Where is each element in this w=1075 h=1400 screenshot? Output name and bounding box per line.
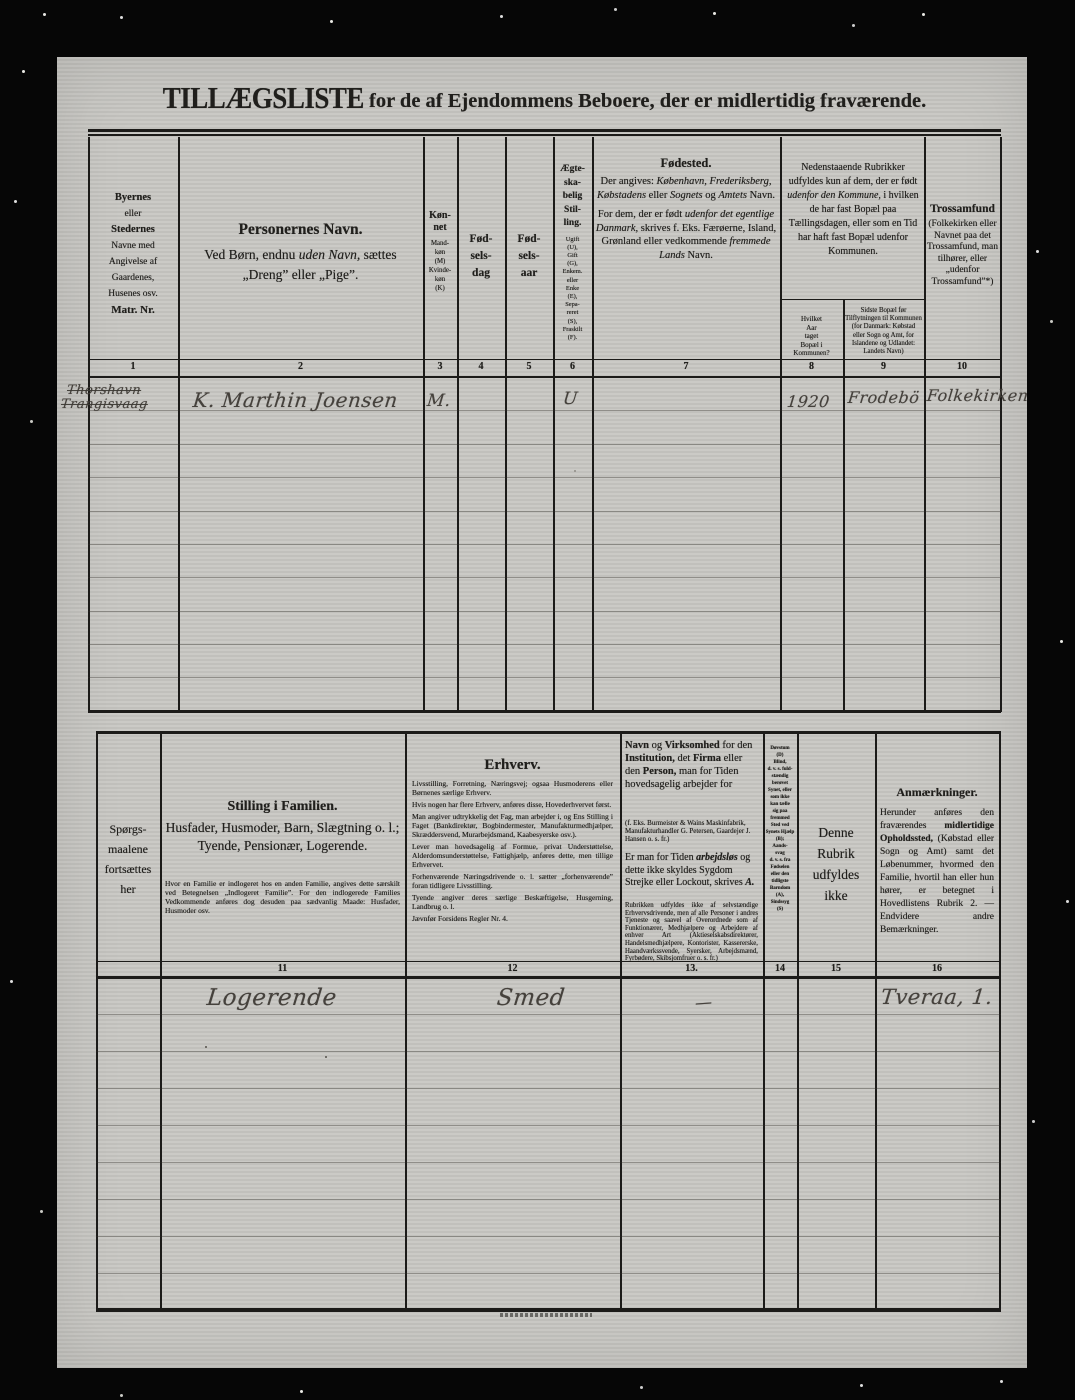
row-rule	[96, 1236, 1001, 1237]
lower-table: Spørgs-maalenefortsættesher Stilling i F…	[57, 57, 1027, 1368]
column-header-remarks: Anmærkninger.	[875, 785, 999, 800]
column-header-family-position: Stilling i Familien.	[160, 799, 405, 815]
column-number: 15	[797, 963, 875, 974]
table-rule	[96, 961, 1001, 962]
table-rule	[999, 731, 1001, 1311]
column-number: 14	[763, 963, 797, 974]
table-rule	[160, 731, 162, 1311]
dust-speck	[43, 13, 46, 16]
entry-family-position: Logerende	[206, 985, 338, 1011]
column-number: 12	[405, 963, 620, 974]
column-header-family-position-fine: Hvor en Familie er indlogeret hos en and…	[165, 879, 400, 915]
column-header-employer: Navn og Virksomhed for den Institution, …	[625, 739, 758, 791]
ink-speck	[325, 1056, 327, 1058]
table-rule	[96, 731, 98, 1311]
ink-speck	[205, 1046, 207, 1048]
column-header-not-filled: DenneRubrikudfyldesikke	[797, 822, 875, 906]
row-rule	[96, 1014, 1001, 1015]
row-rule	[96, 1088, 1001, 1089]
column-number: 13.	[620, 963, 763, 974]
row-rule	[96, 1162, 1001, 1163]
table-rule	[96, 731, 1001, 734]
row-rule	[96, 1051, 1001, 1052]
entry-employer-mark: —	[694, 992, 713, 1013]
column-header-occupation: Erhverv.	[405, 757, 620, 774]
row-rule	[96, 1199, 1001, 1200]
ink-speck	[574, 470, 576, 472]
scan-background: TILLÆGSLISTE for de af Ejendommens Beboe…	[0, 0, 1075, 1400]
column-number: 16	[875, 963, 999, 974]
row-rule	[96, 1125, 1001, 1126]
table-rule	[96, 976, 1001, 979]
column-header-remarks-sub: Herunder anføres den fraværendes midlert…	[880, 807, 994, 937]
column-header-occupation-rules: Livsstilling, Forretning, Næringsvej; og…	[412, 779, 613, 926]
column-header-employer-unemployed: Er man for Tiden arbejdsløs og dette ikk…	[625, 852, 758, 890]
table-rule	[797, 731, 799, 1311]
document-page: TILLÆGSLISTE for de af Ejendommens Beboe…	[57, 57, 1027, 1368]
column-header-employer-example: (f. Eks. Burmeister & Wains Maskinfabrik…	[625, 819, 758, 843]
entry-occupation: Smed	[496, 985, 567, 1011]
printer-imprint	[500, 1313, 592, 1317]
continuation-label: Spørgs-maalenefortsættesher	[96, 819, 160, 899]
column-header-employer-fine: Rubrikken udfyldes ikke af selvstændige …	[625, 902, 758, 963]
table-rule	[875, 731, 877, 1311]
table-rule	[620, 731, 622, 1311]
row-rule	[96, 1273, 1001, 1274]
column-number: 11	[160, 963, 405, 974]
column-header-family-position-sub: Husfader, Husmoder, Barn, Slægtning o. l…	[165, 819, 400, 855]
entry-remarks: Tveraa, 1.	[880, 985, 994, 1009]
column-header-disabilities: Døvstum(D)Blind,d. v. s. fuld-stændigber…	[763, 745, 797, 913]
table-rule	[96, 1308, 1001, 1312]
table-rule	[405, 731, 407, 1311]
